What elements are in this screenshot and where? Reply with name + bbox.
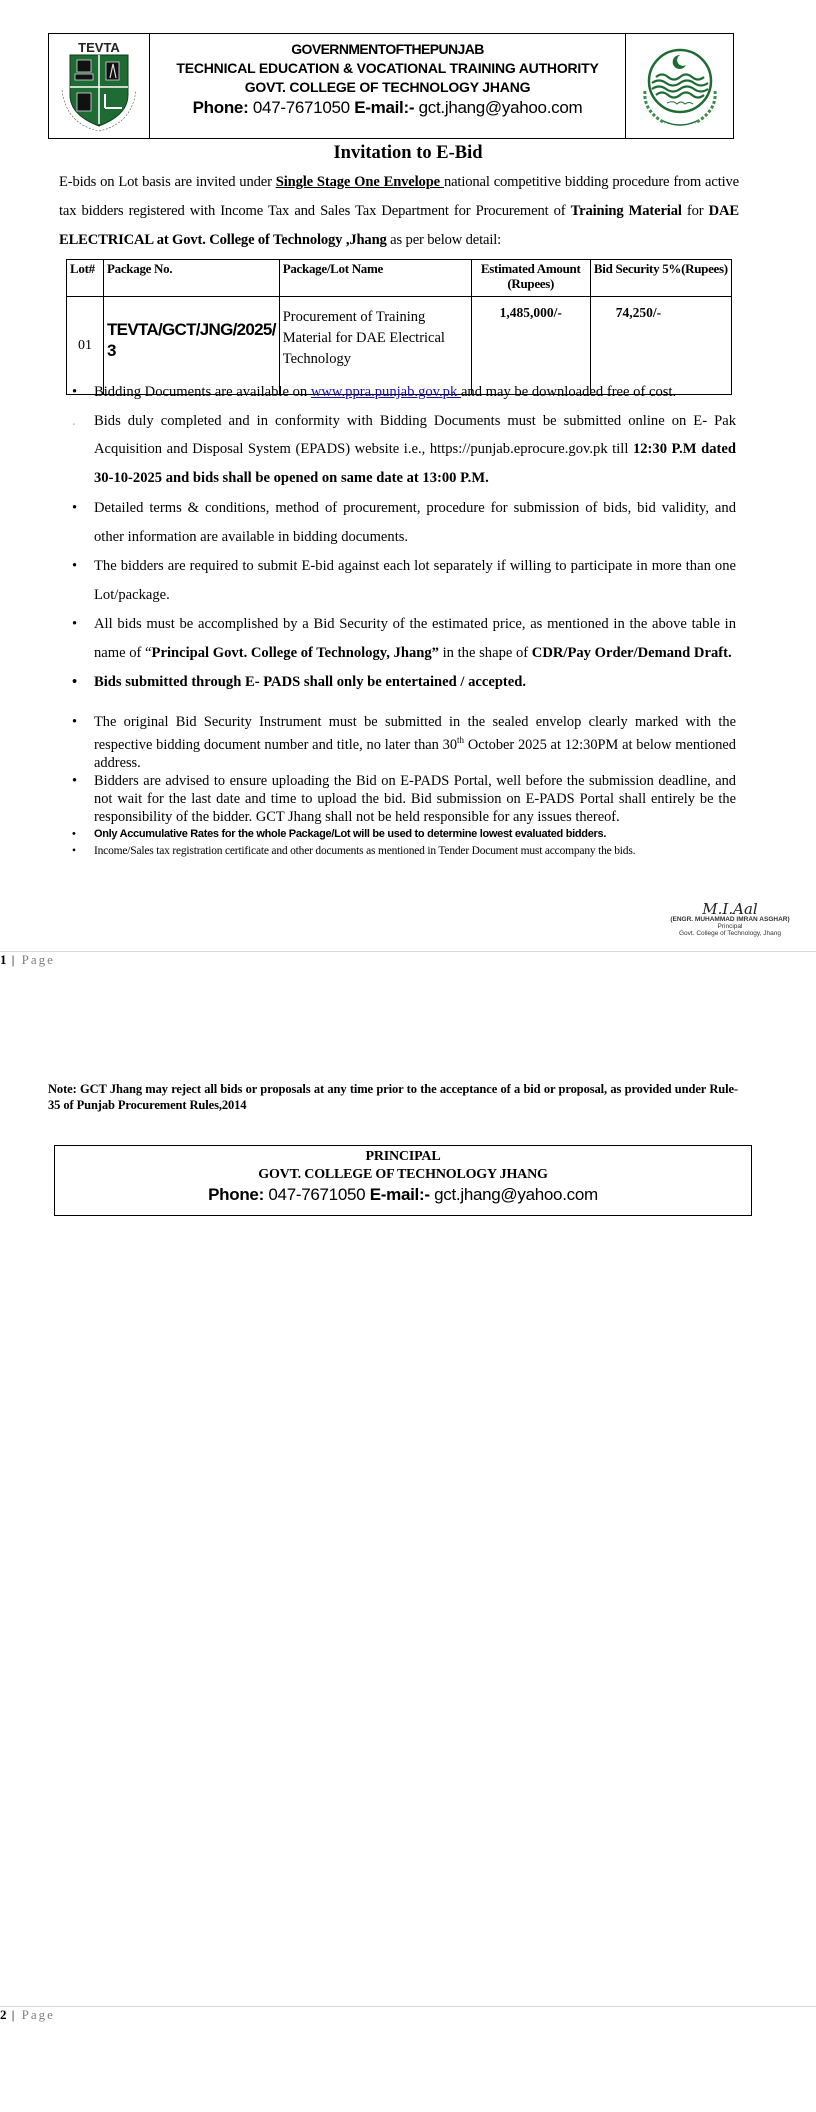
signature-scribble: M.I.Aal [655, 902, 805, 916]
bullet-icon: • [72, 826, 76, 843]
email-address: gct.jhang@yahoo.com [434, 1185, 598, 1204]
intro-paragraph: E-bids on Lot basis are invited under Si… [59, 168, 739, 255]
letterhead-text: GOVERNMENTOFTHEPUNJAB TECHNICAL EDUCATIO… [150, 34, 626, 138]
bullet-icon: • [72, 378, 77, 407]
list-item: •The bidders are required to submit E-bi… [66, 552, 736, 609]
bullet-icon: • [72, 610, 77, 639]
list-item: •Only Accumulative Rates for the whole P… [66, 826, 736, 843]
punjab-emblem-icon [635, 41, 725, 131]
bullet-icon: • [72, 552, 77, 581]
letterhead: TEVTA GOVERNMENTOFTHEPUNJAB TECHNICAL ED… [48, 33, 734, 139]
address-box: PRINCIPAL GOVT. COLLEGE OF TECHNOLOGY JH… [54, 1145, 752, 1216]
email-address: gct.jhang@yahoo.com [419, 98, 583, 117]
bullet-icon: • [72, 668, 77, 697]
bullet-icon: • [72, 713, 77, 731]
col-lot: Lot# [67, 260, 104, 297]
list-item: •The original Bid Security Instrument mu… [66, 713, 736, 772]
page-footer-1: 1 | Page [0, 951, 816, 968]
bullet-icon: • [72, 843, 76, 860]
conditions-list: •Bidding Documents are available on www.… [66, 378, 736, 697]
signatory-name: (ENGR. MUHAMMAD IMRAN ASGHAR) [655, 916, 805, 923]
list-item: .Bids duly completed and in conformity w… [66, 407, 736, 493]
bullet-icon: • [72, 772, 77, 790]
tevta-logo-icon: TEVTA [58, 40, 140, 132]
signatory-title: Principal [655, 923, 805, 930]
phone-number: 047-7671050 [268, 1185, 365, 1204]
tevta-logo-cell: TEVTA [49, 34, 150, 138]
list-item: •Bidding Documents are available on www.… [66, 378, 736, 407]
col-package-no: Package No. [104, 260, 280, 297]
col-package-name: Package/Lot Name [279, 260, 471, 297]
contact-line: Phone: 047-7671050 E-mail:- gct.jhang@ya… [150, 97, 625, 119]
table-header-row: Lot# Package No. Package/Lot Name Estima… [67, 260, 732, 297]
svg-text:TEVTA: TEVTA [78, 40, 120, 55]
govt-punjab-line: GOVERNMENTOFTHEPUNJAB [150, 40, 625, 59]
phone-number: 047-7671050 [253, 98, 350, 117]
list-item: •Bidders are advised to ensure uploading… [66, 772, 736, 826]
col-bid-security: Bid Security 5%(Rupees) [590, 260, 731, 297]
ppra-link[interactable]: www.ppra.punjab.gov.pk [311, 384, 461, 400]
conditions-list-2: •The original Bid Security Instrument mu… [66, 713, 736, 860]
address-college: GOVT. COLLEGE OF TECHNOLOGY JHANG [55, 1166, 751, 1184]
list-item: •Detailed terms & conditions, method of … [66, 494, 736, 551]
bidding-method: Single Stage One Envelope [276, 174, 444, 190]
signatory-org: Govt. College of Technology, Jhang [655, 930, 805, 937]
lots-table: Lot# Package No. Package/Lot Name Estima… [66, 259, 732, 395]
list-item: •All bids must be accomplished by a Bid … [66, 610, 736, 667]
address-contact: Phone: 047-7671050 E-mail:- gct.jhang@ya… [55, 1184, 751, 1206]
address-title: PRINCIPAL [55, 1148, 751, 1166]
bullet-icon: • [72, 494, 77, 523]
bullet-icon: . [72, 407, 76, 436]
list-item: •Bids submitted through E- PADS shall on… [66, 668, 736, 697]
col-estimated-amount: Estimated Amount (Rupees) [471, 260, 590, 297]
tevta-line: TECHNICAL EDUCATION & VOCATIONAL TRAININ… [150, 59, 625, 78]
page-title: Invitation to E-Bid [0, 143, 816, 164]
page-footer-2: 2 | Page [0, 2006, 816, 2023]
college-line: GOVT. COLLEGE OF TECHNOLOGY JHANG [150, 78, 625, 97]
list-item: •Income/Sales tax registration certifica… [66, 843, 736, 860]
note-paragraph: Note: GCT Jhang may reject all bids or p… [48, 1081, 738, 1113]
punjab-emblem-cell [626, 34, 733, 138]
signature-block: M.I.Aal (ENGR. MUHAMMAD IMRAN ASGHAR) Pr… [655, 902, 805, 937]
